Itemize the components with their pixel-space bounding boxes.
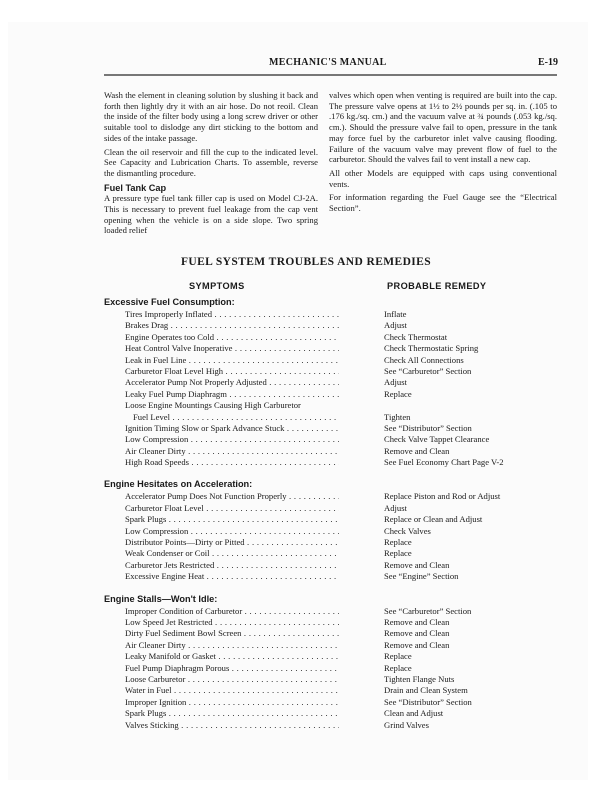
table-row: Low CompressionCheck Valves [104,526,564,537]
symptom-cell: Dirty Fuel Sediment Bowl Screen [125,628,339,639]
remedy-cell: Replace [384,548,412,559]
table-row: Valves StickingGrind Valves [104,720,564,731]
symptom-cell: Brakes Drag [125,320,339,331]
remedy-cell: See “Distributor” Section [384,697,472,708]
symptom-cell: Valves Sticking [125,720,339,731]
table-row: Accelerator Pump Not Properly AdjustedAd… [104,377,564,388]
symptom-group-title: Engine Hesitates on Acceleration: [104,478,564,491]
table-row: Distributor Points—Dirty or PittedReplac… [104,537,564,548]
symptom-cell: Air Cleaner Dirty [125,446,339,457]
remedy-cell: Replace [384,389,412,400]
symptom-cell: Loose Carburetor [125,674,339,685]
symptom-cell: Low Compression [125,526,339,537]
intro-paragraph: For information regarding the Fuel Gauge… [329,192,557,213]
table-row: Accelerator Pump Does Not Function Prope… [104,491,564,502]
symptom-cell: Carburetor Float Level High [125,366,339,377]
symptom-cell: Distributor Points—Dirty or Pitted [125,537,339,548]
symptom-cell: Spark Plugs [125,708,339,719]
table-row: High Road SpeedsSee Fuel Economy Chart P… [104,457,564,468]
remedy-cell: Adjust [384,503,407,514]
remedy-cell: Remove and Clean [384,560,449,571]
fuel-tank-cap-heading: Fuel Tank Cap [104,183,318,194]
remedy-cell: Adjust [384,377,407,388]
remedy-cell: Replace or Clean and Adjust [384,514,482,525]
table-row: Dirty Fuel Sediment Bowl ScreenRemove an… [104,628,564,639]
running-title: MECHANIC'S MANUAL [269,57,387,68]
remedy-cell: Tighten Flange Nuts [384,674,454,685]
table-row: Spark PlugsReplace or Clean and Adjust [104,514,564,525]
symptom-cell: Improper Ignition [125,697,339,708]
remedy-cell: Replace [384,537,412,548]
symptom-cell: Spark Plugs [125,514,339,525]
table-row: Carburetor Jets RestrictedRemove and Cle… [104,560,564,571]
table-row: Engine Operates too ColdCheck Thermostat [104,332,564,343]
symptom-cell: Low Compression [125,434,339,445]
remedy-cell: Remove and Clean [384,640,449,651]
section-title: FUEL SYSTEM TROUBLES AND REMEDIES [0,256,612,268]
table-row: Improper Condition of CarburetorSee “Car… [104,606,564,617]
remedy-cell: Check Thermostatic Spring [384,343,478,354]
symptom-cell: Accelerator Pump Not Properly Adjusted [125,377,339,388]
page-number: E-19 [538,57,558,68]
remedy-cell: Replace Piston and Rod or Adjust [384,491,500,502]
intro-paragraph: Wash the element in cleaning solution by… [104,90,318,144]
table-row: Leaky Manifold or GasketReplace [104,651,564,662]
table-row: Fuel Pump Diaphragm PorousReplace [104,663,564,674]
symptom-cell: Excessive Engine Heat [125,571,339,582]
symptom-cell: Fuel Pump Diaphragm Porous [125,663,339,674]
remedy-cell: See Fuel Economy Chart Page V-2 [384,457,504,468]
table-row: Brakes DragAdjust [104,320,564,331]
remedy-cell: Tighten [384,412,410,423]
table-row: Loose CarburetorTighten Flange Nuts [104,674,564,685]
table-row: Air Cleaner DirtyRemove and Clean [104,640,564,651]
header-rule [104,74,557,76]
symptom-cell: Air Cleaner Dirty [125,640,339,651]
remedy-cell: Grind Valves [384,720,429,731]
remedy-cell: Inflate [384,309,406,320]
table-row: Improper IgnitionSee “Distributor” Secti… [104,697,564,708]
table-row: Ignition Timing Slow or Spark Advance St… [104,423,564,434]
symptom-cell: Loose Engine Mountings Causing High Carb… [125,400,339,423]
table-row: Leaky Fuel Pump DiaphragmReplace [104,389,564,400]
table-row: Leak in Fuel LineCheck All Connections [104,355,564,366]
symptom-cell: Improper Condition of Carburetor [125,606,339,617]
table-row: Excessive Engine HeatSee “Engine” Sectio… [104,571,564,582]
symptom-cell: Leaky Manifold or Gasket [125,651,339,662]
group-spacer [104,583,564,593]
intro-right-column: valves which open when venting is requir… [329,90,557,217]
remedy-cell: See “Distributor” Section [384,423,472,434]
remedy-cell: Check All Connections [384,355,464,366]
symptom-cell: Low Speed Jet Restricted [125,617,339,628]
symptom-cell: Weak Condenser or Coil [125,548,339,559]
troubles-table: Excessive Fuel Consumption:Tires Imprope… [104,296,564,731]
remedy-cell: Replace [384,651,412,662]
table-row: Spark PlugsClean and Adjust [104,708,564,719]
table-row: Weak Condenser or CoilReplace [104,548,564,559]
remedy-cell: See “Engine” Section [384,571,458,582]
remedy-cell: Adjust [384,320,407,331]
table-row: Tires Improperly InflatedInflate [104,309,564,320]
table-row: Water in FuelDrain and Clean System [104,685,564,696]
group-spacer [104,468,564,478]
symptom-cell: Ignition Timing Slow or Spark Advance St… [125,423,339,434]
remedy-cell: See “Carburetor” Section [384,366,471,377]
fuel-tank-cap-paragraph: A pressure type fuel tank filler cap is … [104,193,318,236]
table-row: Carburetor Float Level HighSee “Carburet… [104,366,564,377]
table-row: Heat Control Valve InoperativeCheck Ther… [104,343,564,354]
table-row: Loose Engine Mountings Causing High Carb… [104,400,564,423]
table-row: Air Cleaner DirtyRemove and Clean [104,446,564,457]
intro-paragraph: valves which open when venting is requir… [329,90,557,165]
remedy-cell: Check Thermostat [384,332,447,343]
symptom-cell: Carburetor Jets Restricted [125,560,339,571]
remedy-cell: Check Valves [384,526,431,537]
remedy-cell: See “Carburetor” Section [384,606,471,617]
table-row: Low CompressionCheck Valve Tappet Cleara… [104,434,564,445]
page-header: MECHANIC'S MANUAL E-19 [103,57,558,71]
symptom-cell: High Road Speeds [125,457,339,468]
symptom-cell: Water in Fuel [125,685,339,696]
remedy-column-header: PROBABLE REMEDY [387,281,486,291]
table-row: Carburetor Float LevelAdjust [104,503,564,514]
symptom-cell: Leak in Fuel Line [125,355,339,366]
intro-paragraph: Clean the oil reservoir and fill the cup… [104,147,318,179]
symptom-group-title: Excessive Fuel Consumption: [104,296,564,309]
symptom-text: Loose Engine Mountings Causing High Carb… [125,400,339,411]
symptom-cell: Leaky Fuel Pump Diaphragm [125,389,339,400]
remedy-cell: Remove and Clean [384,628,449,639]
symptom-group-title: Engine Stalls—Won't Idle: [104,593,564,606]
symptom-text-continued: Fuel Level [125,412,339,423]
remedy-cell: Remove and Clean [384,446,449,457]
remedy-cell: Clean and Adjust [384,708,443,719]
symptom-cell: Carburetor Float Level [125,503,339,514]
symptom-cell: Tires Improperly Inflated [125,309,339,320]
symptom-cell: Accelerator Pump Does Not Function Prope… [125,491,339,502]
remedy-cell: Check Valve Tappet Clearance [384,434,489,445]
remedy-cell: Replace [384,663,412,674]
intro-left-column: Wash the element in cleaning solution by… [104,90,318,239]
table-row: Low Speed Jet RestrictedRemove and Clean [104,617,564,628]
symptom-cell: Heat Control Valve Inoperative [125,343,339,354]
symptom-cell: Engine Operates too Cold [125,332,339,343]
remedy-cell: Remove and Clean [384,617,449,628]
symptoms-column-header: SYMPTOMS [189,281,245,291]
intro-paragraph: All other Models are equipped with caps … [329,168,557,189]
remedy-cell: Drain and Clean System [384,685,468,696]
